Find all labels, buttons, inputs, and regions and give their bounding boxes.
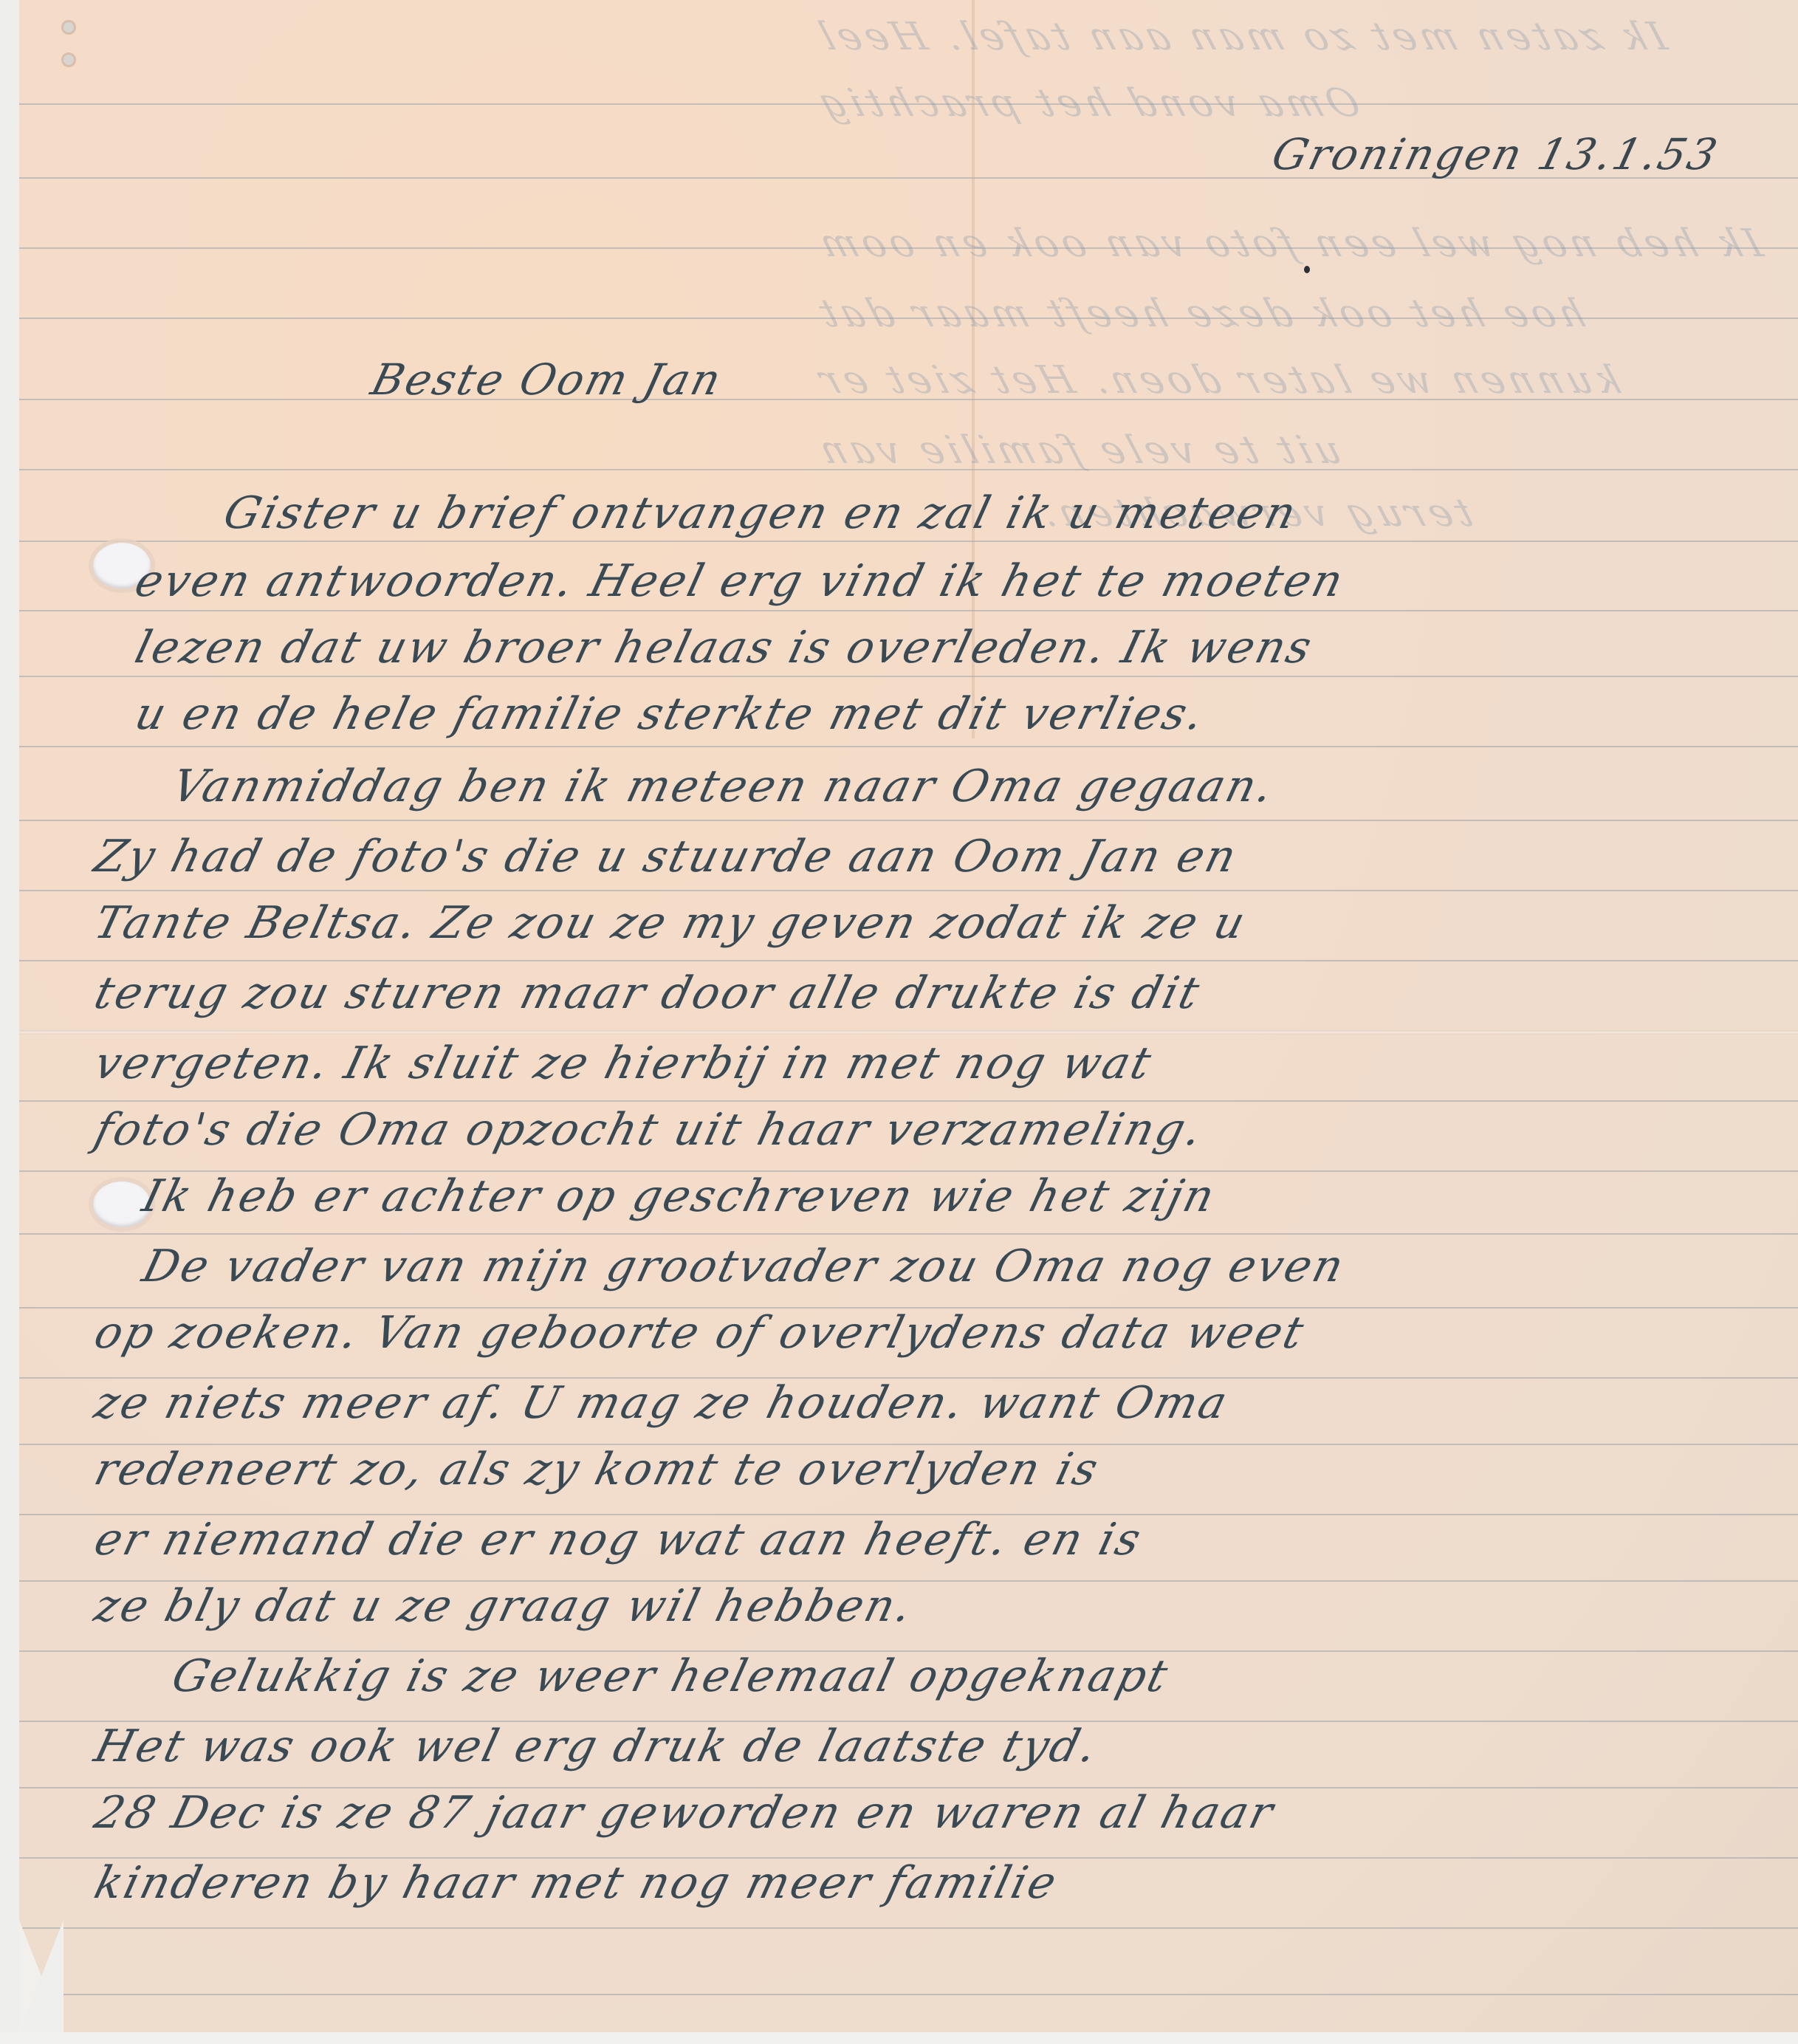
bleed-through-text: hoe het ook deze heeft maar dat — [809, 292, 1591, 336]
ruled-line — [19, 960, 1798, 961]
letter-line: terug zou sturen maar door alle drukte i… — [89, 967, 1207, 1019]
letter-line: lezen dat uw broer helaas is overleden. … — [130, 622, 1319, 673]
bleed-through-text: Oma vond het prachtig — [809, 81, 1365, 126]
ruled-line — [19, 676, 1798, 677]
pin-mark — [64, 55, 74, 65]
pin-mark — [64, 22, 74, 32]
letter-line: Ik heb er achter op geschreven wie het z… — [137, 1170, 1221, 1222]
letter-line: kinderen by haar met nog meer familie — [89, 1857, 1063, 1909]
letter-line: Gelukkig is ze weer helemaal opgeknapt — [167, 1650, 1175, 1702]
ruled-line — [19, 1233, 1798, 1235]
ruled-line — [19, 1100, 1798, 1102]
letter-line: Gister u brief ontvangen en zal ik u met… — [219, 487, 1303, 539]
letter-line: u en de hele familie sterkte met dit ver… — [130, 688, 1211, 740]
letter-line: op zoeken. Van geboorte of overlydens da… — [89, 1307, 1311, 1359]
letter-line: De vader van mijn grootvader zou Oma nog… — [137, 1241, 1351, 1292]
ruled-line — [19, 746, 1798, 747]
scan-margin — [0, 0, 19, 2044]
letter-line: Zy had de foto's die u stuurde aan Oom J… — [89, 831, 1243, 882]
bleed-through-text: Ik zaten met zo man aan tafel. Heel — [809, 15, 1672, 59]
scan-bottom-edge — [0, 2032, 1798, 2044]
ruled-line — [19, 890, 1798, 891]
horizontal-fold-crease — [19, 1030, 1798, 1035]
bleed-through-text: Ik heb nog wel een foto van ook en oom — [809, 222, 1768, 266]
letter-line: Het was ook wel erg druk de laatste tyd. — [89, 1721, 1104, 1772]
ruled-line — [19, 1994, 1798, 1995]
letter-line: ze niets meer af. U mag ze houden. want … — [89, 1377, 1235, 1429]
ruled-line — [19, 1927, 1798, 1929]
letter-line: Vanmiddag ben ik meteen naar Oma gegaan. — [167, 761, 1280, 812]
letter-line: redeneert zo, als zy komt te overlyden i… — [89, 1444, 1105, 1495]
folded-corner — [19, 1920, 64, 2032]
letter-line: foto's die Oma opzocht uit haar verzamel… — [89, 1104, 1209, 1156]
ruled-line — [19, 541, 1798, 542]
bleed-through-text: kunnen we later doen. Het ziet er — [809, 358, 1626, 402]
letter-sheet: Ik zaten met zo man aan tafel. Heel Oma … — [19, 0, 1798, 2032]
letter-line: ze bly dat u ze graag wil hebben. — [89, 1580, 919, 1632]
place-date: Groningen 13.1.53 — [1267, 129, 1724, 179]
salutation: Beste Oom Jan — [366, 354, 728, 405]
letter-line: er niemand die er nog wat aan heeft. en … — [89, 1514, 1147, 1565]
letter-line: even antwoorden. Heel erg vind ik het te… — [130, 555, 1351, 607]
letter-line: vergeten. Ik sluit ze hierbij in met nog… — [89, 1038, 1158, 1089]
ruled-line — [19, 610, 1798, 611]
bleed-through-text: uit te vele familie van — [809, 428, 1347, 473]
letter-line: Tante Beltsa. Ze zou ze my geven zodat i… — [89, 897, 1252, 949]
ink-blot — [1304, 266, 1310, 273]
ruled-line — [19, 820, 1798, 821]
letter-line: 28 Dec is ze 87 jaar geworden en waren a… — [89, 1787, 1280, 1839]
